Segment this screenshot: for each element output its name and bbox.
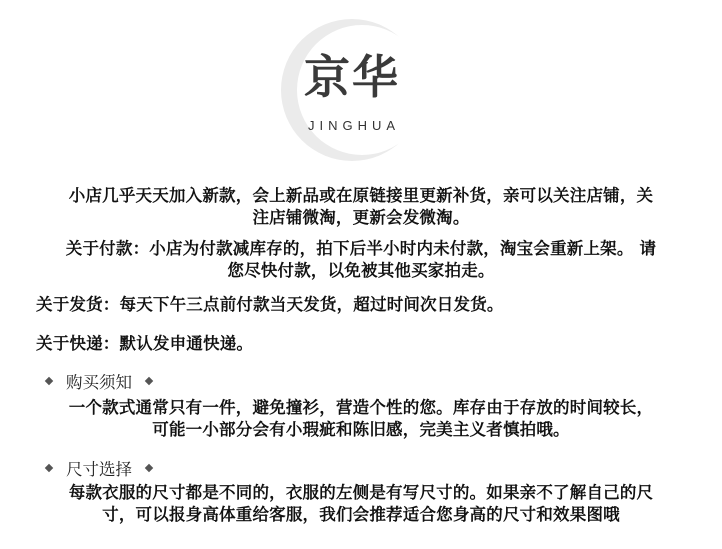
section-header-size-selection: 尺寸选择 — [38, 457, 160, 479]
diamond-bullet-icon — [145, 464, 153, 472]
notice-express: 关于快递：默认发申通快递。 — [36, 333, 698, 355]
diamond-bullet-icon — [45, 377, 53, 385]
diamond-bullet-icon — [45, 464, 53, 472]
notice-line: 关于发货：每天下午三点前付款当天发货，超过时间次日发货。 — [36, 294, 698, 316]
notice-line: 您尽快付款，以免被其他买家拍走。 — [30, 260, 692, 282]
purchase-notes-text: 一个款式通常只有一件，避免撞衫，营造个性的您。库存由于存放的时间较长， 可能一小… — [30, 397, 692, 441]
section-title: 购买须知 — [66, 369, 132, 393]
diamond-bullet-icon — [145, 377, 153, 385]
notice-line: 可能一小部分会有小瑕疵和陈旧感，完美主义者慎拍哦。 — [30, 419, 692, 441]
section-title: 尺寸选择 — [66, 456, 132, 480]
notice-line: 寸，可以报身高体重给客服，我们会推荐适合您身高的尺寸和效果图哦 — [30, 504, 692, 526]
size-selection-text: 每款衣服的尺寸都是不同的，衣服的左侧是有写尺寸的。如果亲不了解自己的尺 寸，可以… — [30, 482, 692, 526]
notice-new-items: 小店几乎天天加入新款，会上新品或在原链接里更新补货，亲可以关注店铺，关 注店铺微… — [30, 185, 692, 229]
brand-logo: 京华 JINGHUA — [281, 19, 423, 161]
notice-line: 一个款式通常只有一件，避免撞衫，营造个性的您。库存由于存放的时间较长， — [30, 397, 692, 419]
notice-line: 关于付款：小店为付款减库存的，拍下后半小时内未付款，淘宝会重新上架。 请 — [30, 238, 692, 260]
logo-english-name: JINGHUA — [299, 119, 405, 133]
notice-line: 每款衣服的尺寸都是不同的，衣服的左侧是有写尺寸的。如果亲不了解自己的尺 — [30, 482, 692, 504]
section-header-purchase-notes: 购买须知 — [38, 370, 160, 392]
notice-shipping: 关于发货：每天下午三点前付款当天发货，超过时间次日发货。 — [36, 294, 698, 316]
notice-payment: 关于付款：小店为付款减库存的，拍下后半小时内未付款，淘宝会重新上架。 请 您尽快… — [30, 238, 692, 282]
notice-line: 小店几乎天天加入新款，会上新品或在原链接里更新补货，亲可以关注店铺，关 — [30, 185, 692, 207]
notice-line: 注店铺微淘，更新会发微淘。 — [30, 207, 692, 229]
notice-line: 关于快递：默认发申通快递。 — [36, 333, 698, 355]
logo-chinese-name: 京华 — [299, 51, 405, 103]
